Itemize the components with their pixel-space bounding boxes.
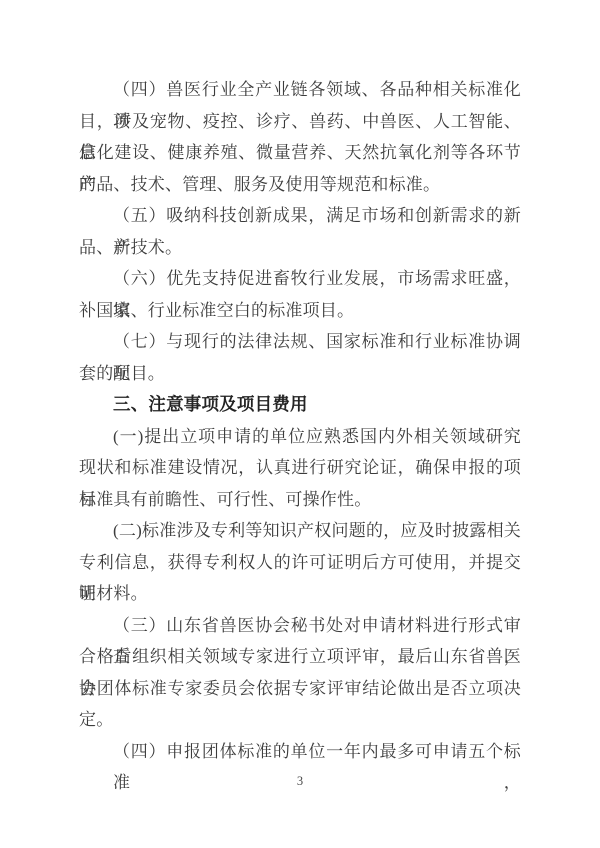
paragraph-7-line: （七）与现行的法律法规、国家标准和行业标准协调配 — [79, 326, 521, 358]
paragraph-5-line: （五）吸纳科技创新成果，满足市场和创新需求的新产 — [79, 200, 521, 232]
paragraph-6-line: 补国家、行业标准空白的标准项目。 — [79, 295, 521, 327]
note-2-line: (二)标准涉及专利等知识产权问题的，应及时披露相关 — [79, 515, 521, 547]
note-4-line: （四）申报团体标准的单位一年内最多可申请五个标准， — [79, 736, 521, 768]
note-2-line: 明材料。 — [79, 578, 521, 610]
paragraph-4-line: （四）兽医行业全产业链各领域、各品种相关标准化项 — [79, 74, 521, 106]
note-1-line: (一)提出立项申请的单位应熟悉国内外相关领域研究 — [79, 421, 521, 453]
note-3-line: 合格后组织相关领域专家进行立项评审，最后山东省兽医协 — [79, 641, 521, 673]
paragraph-6-line: （六）优先支持促进畜牧行业发展，市场需求旺盛，填 — [79, 263, 521, 295]
paragraph-4-line: 产品、技术、管理、服务及使用等规范和标准。 — [79, 169, 521, 201]
note-3-line: 会团体标准专家委员会依据专家评审结论做出是否立项决 — [79, 673, 521, 705]
paragraph-4-line: 息化建设、健康养殖、微量营养、天然抗氧化剂等各环节的 — [79, 137, 521, 169]
paragraph-4-line: 目，涉及宠物、疫控、诊疗、兽药、中兽医、人工智能、信 — [79, 106, 521, 138]
document-page: （四）兽医行业全产业链各领域、各品种相关标准化项目，涉及宠物、疫控、诊疗、兽药、… — [0, 0, 600, 848]
text-block: （四）兽医行业全产业链各领域、各品种相关标准化项目，涉及宠物、疫控、诊疗、兽药、… — [79, 74, 521, 767]
note-3-line: （三）山东省兽医协会秘书处对申请材料进行形式审查， — [79, 610, 521, 642]
note-2-line: 专利信息，获得专利权人的许可证明后方可使用，并提交证 — [79, 547, 521, 579]
note-3-line: 定。 — [79, 704, 521, 736]
section-heading: 三、注意事项及项目费用 — [79, 389, 521, 421]
note-1-line: 现状和标准建设情况，认真进行研究论证，确保申报的项目 — [79, 452, 521, 484]
paragraph-5-line: 品、新技术。 — [79, 232, 521, 264]
paragraph-7-line: 套的项目。 — [79, 358, 521, 390]
page-number: 3 — [0, 774, 600, 789]
note-1-line: 标准具有前瞻性、可行性、可操作性。 — [79, 484, 521, 516]
